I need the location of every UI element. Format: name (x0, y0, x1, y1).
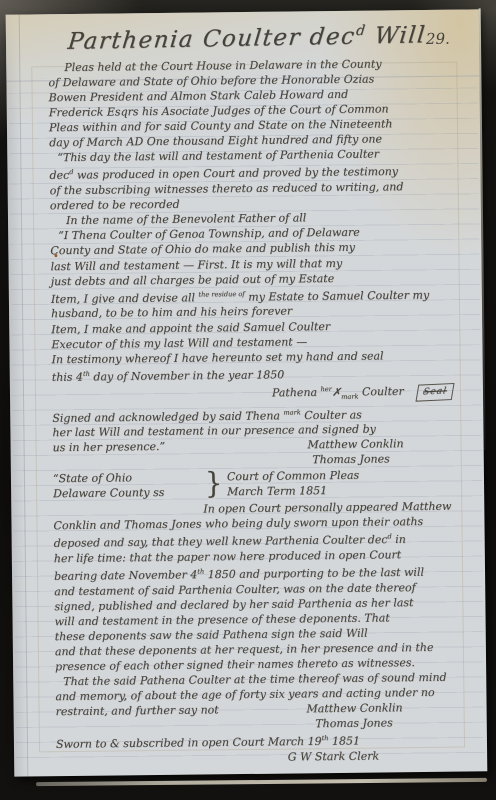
venue-right-column: Court of Common Pleas March Term 1851 (223, 467, 360, 499)
testator-signature: Pathena her✗mark Coulter Seal (52, 380, 459, 408)
manuscript-block-upper: Pleas held at the Court House in Delawar… (6, 53, 484, 471)
ledger-page: Parthenia Coulter decd Will 29. Pleas he… (6, 9, 488, 776)
venue-term: March Term 1851 (227, 482, 359, 499)
venue-county: Delaware County ss (53, 484, 205, 501)
page-header: Parthenia Coulter decd Will 29. (6, 9, 479, 58)
venue-state: “State of Ohio (53, 469, 205, 486)
venue-court: Court of Common Pleas (227, 467, 359, 484)
page-title: Parthenia Coulter decd Will (66, 22, 427, 55)
page-number: 29. (426, 29, 464, 47)
book-page-edge (36, 778, 487, 786)
manuscript-block-lower: In open Court personally appeared Matthe… (11, 496, 487, 768)
venue-left-column: “State of Ohio Delaware County ss (53, 469, 205, 501)
book-photo: Parthenia Coulter decd Will 29. Pleas he… (0, 0, 496, 800)
margin-dot-mark (54, 254, 57, 257)
brace-glyph: } (205, 468, 223, 501)
